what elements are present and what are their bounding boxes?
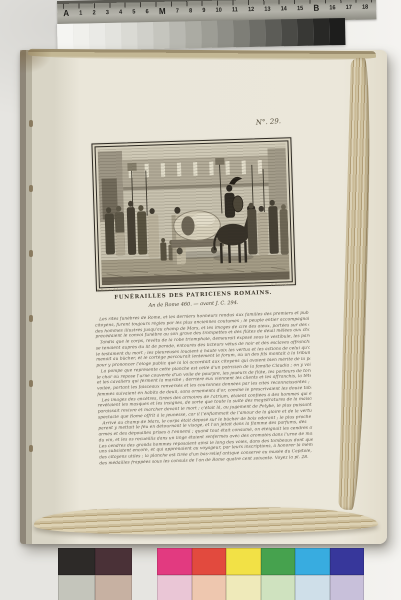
list-item (330, 575, 365, 600)
list-item: 13 (264, 6, 270, 13)
book-fore-edge (338, 58, 373, 510)
list-item (95, 548, 132, 575)
list-item (153, 22, 170, 49)
list-item: 3 (106, 9, 109, 16)
list-item: 9 (202, 7, 205, 14)
digitization-photo: { "ruler": { "labels": ["A","1","2","3",… (0, 0, 401, 600)
book-top-page-edges (28, 49, 376, 61)
list-item (233, 20, 250, 47)
procession-scene-drawing (98, 143, 290, 285)
plate-inner-border (94, 140, 292, 288)
list-item (201, 21, 218, 48)
neutral-row-2 (58, 575, 132, 600)
list-item (261, 548, 296, 575)
list-item: B (313, 3, 319, 13)
list-item: 7 (176, 8, 179, 15)
list-item (297, 19, 314, 46)
list-item: 16 (329, 4, 335, 11)
list-item (226, 575, 261, 600)
color-row-1 (157, 548, 364, 575)
list-item: 11 (232, 6, 238, 13)
list-item (137, 22, 154, 49)
list-item: 15 (297, 5, 303, 12)
engraving-illustration (98, 143, 290, 285)
list-item (157, 548, 192, 575)
list-item: 12 (248, 6, 254, 13)
binding-stitches (29, 120, 33, 510)
color-row-2 (157, 575, 364, 600)
list-item: 1 (79, 10, 82, 17)
grayscale-step-wedge (57, 18, 346, 51)
list-item (329, 18, 346, 45)
credit-left: P. Bonato del. (97, 288, 119, 293)
list-item: 10 (216, 7, 222, 14)
list-item (58, 575, 95, 600)
list-item (121, 22, 138, 49)
list-item (95, 575, 132, 600)
list-item (185, 21, 202, 48)
list-item: 17 (346, 4, 352, 11)
engraved-plate-frame (91, 137, 296, 291)
list-item (281, 19, 298, 46)
list-item (265, 19, 282, 46)
list-item (192, 548, 227, 575)
list-item (330, 548, 365, 575)
list-item (157, 575, 192, 600)
open-book-right-page: N°. 29. (20, 50, 387, 544)
credit-right: F. Rossi sc. (271, 282, 289, 287)
list-item (169, 21, 186, 48)
page-content: N°. 29. (86, 117, 326, 524)
list-item (217, 20, 234, 47)
list-item (58, 548, 95, 575)
list-item (73, 23, 90, 50)
color-chart-color-group (157, 548, 364, 600)
list-item (295, 575, 330, 600)
color-chart-neutral-group (58, 548, 132, 600)
list-item (57, 24, 74, 51)
list-item: M (159, 6, 166, 16)
list-item: 6 (146, 8, 149, 15)
neutral-row-1 (58, 548, 132, 575)
list-item: 8 (189, 7, 192, 14)
list-item (226, 548, 261, 575)
book-worn-corner (20, 50, 66, 90)
plate-description-text: Les rites funèbres de Rome, et les derni… (95, 311, 314, 467)
list-item: A (63, 8, 69, 18)
list-item (89, 23, 106, 50)
list-item (313, 18, 330, 45)
list-item (192, 575, 227, 600)
list-item (249, 20, 266, 47)
list-item: 18 (362, 4, 368, 11)
list-item: 5 (132, 9, 135, 16)
list-item: 2 (92, 9, 95, 16)
list-item: 14 (281, 5, 287, 12)
list-item (295, 548, 330, 575)
plate-number: N°. 29. (256, 117, 282, 127)
list-item (105, 23, 122, 50)
list-item: 4 (119, 9, 122, 16)
list-item (261, 575, 296, 600)
